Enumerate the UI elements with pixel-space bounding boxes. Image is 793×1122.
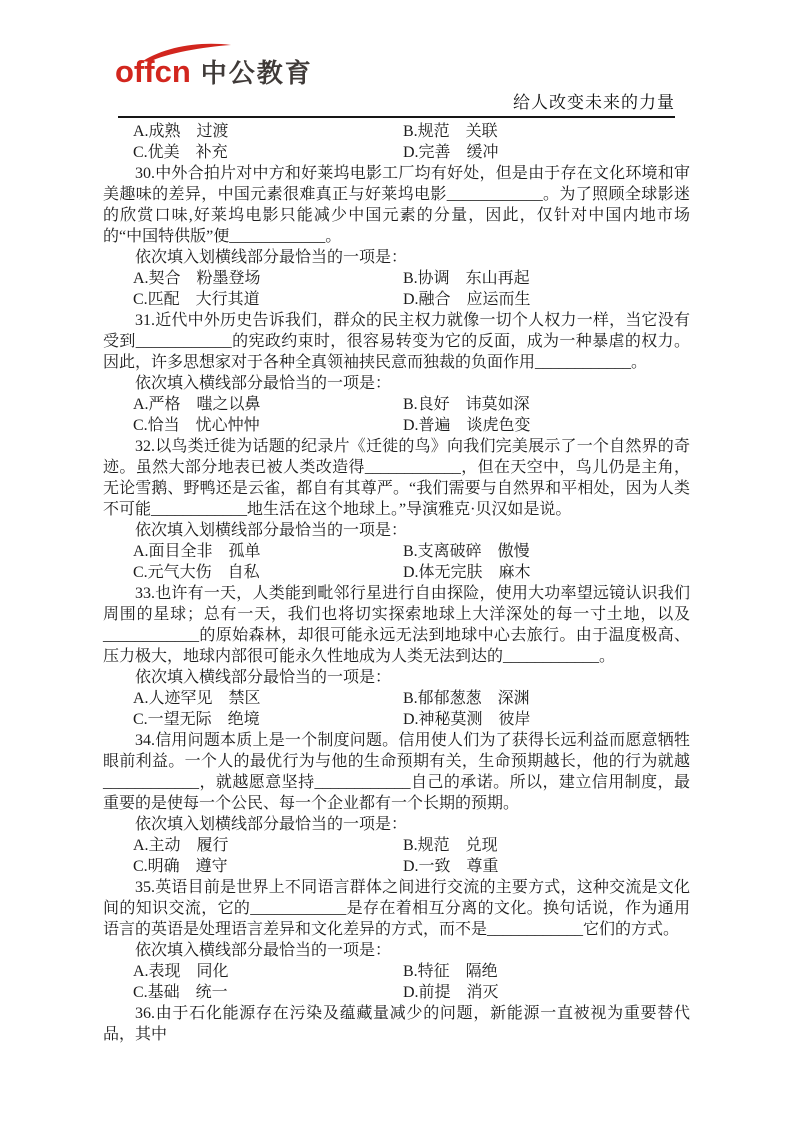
question-block-32: 32.以鸟类迁徙为话题的纪录片《迁徙的鸟》向我们完美展示了一个自然界的奇迹。虽然… xyxy=(103,436,690,583)
option-item: C.匹配 大行其道 xyxy=(133,289,403,310)
question-block-33: 33.也许有一天，人类能到毗邻行星进行自由探险，使用大功率望远镜认识我们周围的星… xyxy=(103,583,690,730)
option-item: A.严格 嗤之以鼻 xyxy=(133,394,403,415)
option-item: D.融合 应运而生 xyxy=(403,289,690,310)
option-item: A.成熟 过渡 xyxy=(133,121,403,142)
question-block-35: 35.英语目前是世界上不同语言群体之间进行交流的主要方式，这种交流是文化间的知识… xyxy=(103,877,690,1003)
option-item: A.表现 同化 xyxy=(133,961,403,982)
option-item: B.协调 东山再起 xyxy=(403,268,690,289)
option-item: B.规范 兑现 xyxy=(403,835,690,856)
question-options: A.严格 嗤之以鼻 B.良好 讳莫如深 C.恰当 忧心忡忡 D.普遍 谈虎色变 xyxy=(103,394,690,436)
question-options: A.人迹罕见 禁区 B.郁郁葱葱 深渊 C.一望无际 绝境 D.神秘莫测 彼岸 xyxy=(103,688,690,730)
question-prompt: 依次填入划横线部分最恰当的一项是： xyxy=(103,247,690,268)
option-item: D.前提 消灭 xyxy=(403,982,690,1003)
option-item: A.面目全非 孤单 xyxy=(133,541,403,562)
option-item: C.元气大伤 自私 xyxy=(133,562,403,583)
question-prompt: 依次填入划横线部分最恰当的一项是： xyxy=(103,520,690,541)
exam-content: A.成熟 过渡 B.规范 关联 C.优美 补充 D.完善 缓冲 30.中外合拍片… xyxy=(103,121,690,1045)
option-item: D.完善 缓冲 xyxy=(403,142,690,163)
option-item: A.契合 粉墨登场 xyxy=(133,268,403,289)
option-item: D.体无完肤 麻木 xyxy=(403,562,690,583)
option-item: D.一致 尊重 xyxy=(403,856,690,877)
option-item: A.人迹罕见 禁区 xyxy=(133,688,403,709)
question-options: A.面目全非 孤单 B.支离破碎 傲慢 C.元气大伤 自私 D.体无完肤 麻木 xyxy=(103,541,690,583)
question-prompt: 依次填入横线部分最恰当的一项是： xyxy=(103,940,690,961)
option-item: B.郁郁葱葱 深渊 xyxy=(403,688,690,709)
carryover-options: A.成熟 过渡 B.规范 关联 C.优美 补充 D.完善 缓冲 xyxy=(103,121,690,163)
option-item: C.基础 统一 xyxy=(133,982,403,1003)
option-item: D.普遍 谈虎色变 xyxy=(403,415,690,436)
question-text: 33.也许有一天，人类能到毗邻行星进行自由探险，使用大功率望远镜认识我们周围的星… xyxy=(103,583,690,667)
option-item: C.一望无际 绝境 xyxy=(133,709,403,730)
question-block-34: 34.信用问题本质上是一个制度问题。信用使人们为了获得长远利益而愿意牺牲眼前利益… xyxy=(103,730,690,877)
question-prompt: 依次填入划横线部分最恰当的一项是： xyxy=(103,814,690,835)
header-tagline: 给人改变未来的力量 xyxy=(513,88,675,113)
logo-cn-text: 中公教育 xyxy=(201,60,313,87)
page-header: offcn 中公教育 给人改变未来的力量 xyxy=(118,54,675,118)
option-item: B.特征 隔绝 xyxy=(403,961,690,982)
question-options: A.表现 同化 B.特征 隔绝 C.基础 统一 D.前提 消灭 xyxy=(103,961,690,1003)
question-block-36: 36.由于石化能源存在污染及蕴藏量减少的问题，新能源一直被视为重要替代品，其中 xyxy=(103,1003,690,1045)
question-options: A.主动 履行 B.规范 兑现 C.明确 遵守 D.一致 尊重 xyxy=(103,835,690,877)
question-text: 30.中外合拍片对中方和好莱坞电影工厂均有好处，但是由于存在文化环境和审美趣味的… xyxy=(103,163,690,247)
question-block-31: 31.近代中外历史告诉我们，群众的民主权力就像一切个人权力一样，当它没有受到__… xyxy=(103,310,690,436)
option-item: C.优美 补充 xyxy=(133,142,403,163)
question-text: 31.近代中外历史告诉我们，群众的民主权力就像一切个人权力一样，当它没有受到__… xyxy=(103,310,690,373)
question-options: A.契合 粉墨登场 B.协调 东山再起 C.匹配 大行其道 D.融合 应运而生 xyxy=(103,268,690,310)
question-text: 32.以鸟类迁徙为话题的纪录片《迁徙的鸟》向我们完美展示了一个自然界的奇迹。虽然… xyxy=(103,436,690,520)
option-item: B.支离破碎 傲慢 xyxy=(403,541,690,562)
logo-swoosh-icon xyxy=(141,41,233,63)
option-item: B.规范 关联 xyxy=(403,121,690,142)
question-block-30: 30.中外合拍片对中方和好莱坞电影工厂均有好处，但是由于存在文化环境和审美趣味的… xyxy=(103,163,690,310)
option-item: A.主动 履行 xyxy=(133,835,403,856)
logo-latin-wrap: offcn xyxy=(115,56,191,87)
document-page: offcn 中公教育 给人改变未来的力量 A.成熟 过渡 B.规范 关联 C.优… xyxy=(0,0,793,1122)
question-text: 36.由于石化能源存在污染及蕴藏量减少的问题，新能源一直被视为重要替代品，其中 xyxy=(103,1003,690,1045)
question-text: 34.信用问题本质上是一个制度问题。信用使人们为了获得长远利益而愿意牺牲眼前利益… xyxy=(103,730,690,814)
option-item: C.恰当 忧心忡忡 xyxy=(133,415,403,436)
question-text: 35.英语目前是世界上不同语言群体之间进行交流的主要方式，这种交流是文化间的知识… xyxy=(103,877,690,940)
option-item: D.神秘莫测 彼岸 xyxy=(403,709,690,730)
question-prompt: 依次填入横线部分最恰当的一项是： xyxy=(103,373,690,394)
option-item: C.明确 遵守 xyxy=(133,856,403,877)
option-item: B.良好 讳莫如深 xyxy=(403,394,690,415)
offcn-logo: offcn 中公教育 xyxy=(115,56,313,87)
question-prompt: 依次填入横线部分最恰当的一项是： xyxy=(103,667,690,688)
